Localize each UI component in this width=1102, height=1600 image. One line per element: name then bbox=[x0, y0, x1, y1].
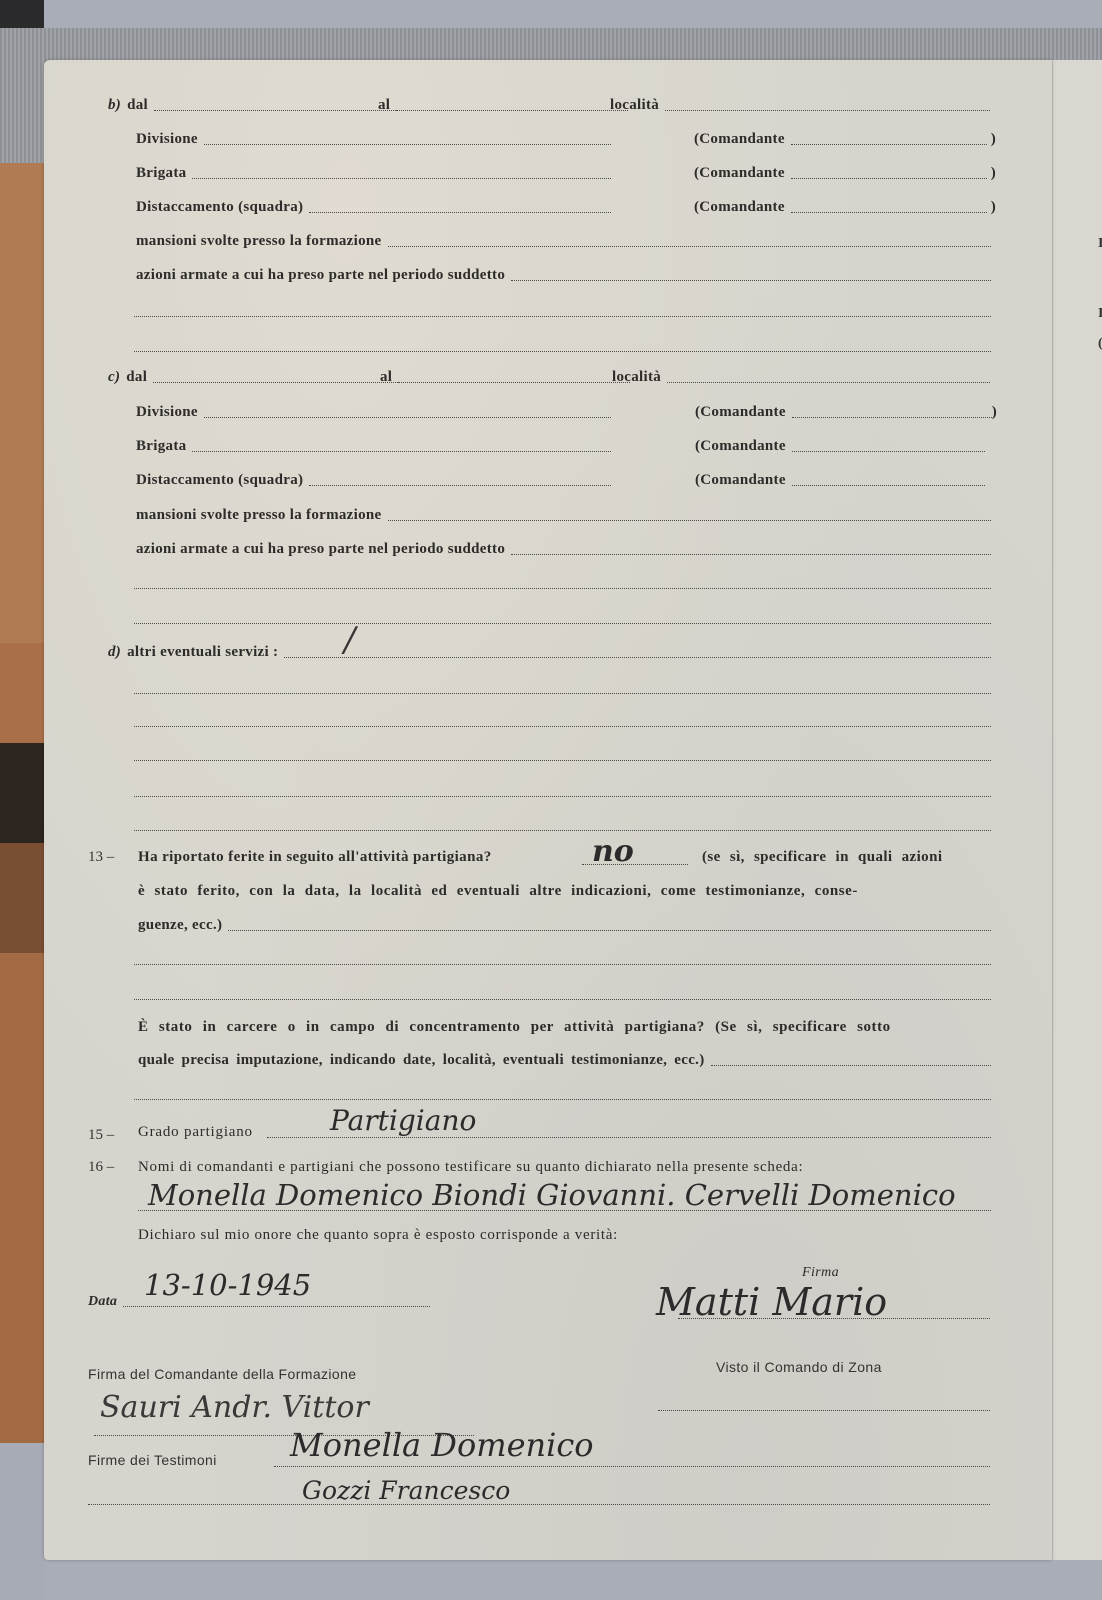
commander-label: (Comandante bbox=[694, 131, 791, 148]
witness-field-1[interactable] bbox=[274, 1466, 990, 1467]
b-brigade-field[interactable]: Brigata bbox=[136, 168, 611, 182]
c-division-field[interactable]: Divisione bbox=[136, 407, 611, 421]
brigade-label: Brigata bbox=[136, 165, 192, 182]
backdrop-book-spine bbox=[0, 953, 44, 1443]
backdrop-book-spine bbox=[0, 743, 44, 843]
from-label: dal bbox=[127, 97, 154, 114]
formation-commander-label: Firma del Comandante della Formazione bbox=[88, 1366, 356, 1382]
form-page: b) dal al località Divisione (Comandante… bbox=[44, 60, 1052, 1560]
b-division-field[interactable]: Divisione bbox=[136, 134, 611, 148]
q15-number: 15 – bbox=[88, 1127, 114, 1144]
q15-rank-value: Partigiano bbox=[330, 1104, 476, 1137]
zone-command-label: Visto il Comando di Zona bbox=[716, 1359, 882, 1375]
backdrop-book-spine bbox=[0, 163, 44, 643]
commander-label: (Comandante bbox=[695, 438, 792, 455]
c-duties-field[interactable]: mansioni svolte presso la formazione bbox=[136, 510, 991, 524]
from-label: dal bbox=[126, 369, 153, 386]
q13-question: Ha riportato ferite in seguito all'attiv… bbox=[138, 849, 492, 866]
b-duties-field[interactable]: mansioni svolte presso la formazione bbox=[136, 236, 991, 250]
witness-signature-1: Monella Domenico bbox=[290, 1426, 594, 1464]
b-locality-field[interactable]: località bbox=[610, 100, 990, 114]
q14-answer-field[interactable]: quale precisa imputazione, indicando dat… bbox=[138, 1055, 991, 1069]
q13-answer: no bbox=[592, 834, 634, 869]
adjacent-page: I I ( bbox=[1052, 60, 1102, 1560]
division-label: Divisione bbox=[136, 131, 204, 148]
formation-commander-signature: Sauri Andr. Vittor bbox=[100, 1390, 369, 1425]
section-c-marker: c) bbox=[108, 369, 126, 386]
b-detachment-field[interactable]: Distaccamento (squadra) bbox=[136, 202, 611, 216]
b-actions-line[interactable] bbox=[134, 316, 991, 317]
c-to-field[interactable]: al bbox=[380, 372, 630, 386]
b-to-field[interactable]: al bbox=[378, 100, 628, 114]
backdrop-book-spine bbox=[0, 843, 44, 953]
backdrop-dark-corner bbox=[0, 0, 44, 30]
b-actions-line[interactable] bbox=[134, 351, 991, 352]
commander-label: (Comandante bbox=[695, 472, 792, 489]
backdrop-book-spine bbox=[0, 1443, 44, 1600]
d-line[interactable] bbox=[134, 760, 991, 761]
commander-label: (Comandante bbox=[694, 199, 791, 216]
q14-question: È stato in carcere o in campo di concent… bbox=[138, 1019, 891, 1036]
q13-line[interactable] bbox=[134, 964, 991, 965]
q13-line[interactable] bbox=[134, 999, 991, 1000]
signature-value: Matti Mario bbox=[656, 1280, 887, 1324]
q16-question: Nomi di comandanti e partigiani che poss… bbox=[138, 1159, 803, 1176]
witness-signature-2: Gozzi Francesco bbox=[302, 1476, 510, 1505]
duties-label: mansioni svolte presso la formazione bbox=[136, 507, 388, 524]
q16-number: 16 – bbox=[88, 1159, 114, 1176]
duties-label: mansioni svolte presso la formazione bbox=[136, 233, 388, 250]
c-detachment-commander-field[interactable]: (Comandante bbox=[695, 475, 985, 489]
to-label: al bbox=[378, 97, 396, 114]
b-division-commander-field[interactable]: (Comandante ) bbox=[694, 134, 996, 148]
other-services-label: altri eventuali servizi : bbox=[127, 644, 284, 661]
d-line[interactable] bbox=[134, 830, 991, 831]
b-actions-field[interactable]: azioni armate a cui ha preso parte nel p… bbox=[136, 270, 991, 284]
q13-question-line2: è stato ferito, con la data, la località… bbox=[138, 883, 858, 900]
b-detachment-commander-field[interactable]: (Comandante ) bbox=[694, 202, 996, 216]
declaration: Dichiaro sul mio onore che quanto sopra … bbox=[138, 1227, 618, 1244]
c-detachment-field[interactable]: Distaccamento (squadra) bbox=[136, 475, 611, 489]
witness-field-2[interactable] bbox=[88, 1504, 990, 1505]
signature-label: Firma bbox=[802, 1265, 839, 1281]
c-actions-line[interactable] bbox=[134, 623, 991, 624]
d-line[interactable] bbox=[134, 726, 991, 727]
actions-label: azioni armate a cui ha preso parte nel p… bbox=[136, 267, 511, 284]
witnesses-label: Firme dei Testimoni bbox=[88, 1452, 217, 1468]
commander-label: (Comandante bbox=[694, 165, 791, 182]
q13-details-field[interactable]: guenze, ecc.) bbox=[138, 920, 991, 934]
c-locality-field[interactable]: località bbox=[612, 372, 990, 386]
q14-line[interactable] bbox=[134, 1099, 991, 1100]
d-other-services-field[interactable]: d) altri eventuali servizi : bbox=[108, 647, 991, 661]
q16-witnesses-value: Monella Domenico Biondi Giovanni. Cervel… bbox=[148, 1178, 956, 1212]
backdrop-book-spine bbox=[0, 643, 44, 743]
other-services-value: / bbox=[344, 620, 355, 660]
d-line[interactable] bbox=[134, 796, 991, 797]
date-label: Data bbox=[88, 1294, 123, 1310]
c-division-commander-field[interactable]: (Comandante ) bbox=[695, 407, 997, 421]
c-actions-line[interactable] bbox=[134, 588, 991, 589]
c-actions-field[interactable]: azioni armate a cui ha preso parte nel p… bbox=[136, 544, 991, 558]
to-label: al bbox=[380, 369, 398, 386]
detachment-label: Distaccamento (squadra) bbox=[136, 472, 309, 489]
section-b-marker: b) bbox=[108, 97, 127, 114]
commander-label: (Comandante bbox=[695, 404, 792, 421]
actions-label: azioni armate a cui ha preso parte nel p… bbox=[136, 541, 511, 558]
backdrop-ribbon bbox=[0, 28, 1102, 62]
brigade-label: Brigata bbox=[136, 438, 192, 455]
detachment-label: Distaccamento (squadra) bbox=[136, 199, 309, 216]
locality-label: località bbox=[612, 369, 667, 386]
section-d-marker: d) bbox=[108, 644, 127, 661]
d-line[interactable] bbox=[134, 693, 991, 694]
c-brigade-field[interactable]: Brigata bbox=[136, 441, 611, 455]
c-brigade-commander-field[interactable]: (Comandante bbox=[695, 441, 985, 455]
date-value: 13-10-1945 bbox=[144, 1268, 311, 1302]
q13-question-cont: (se sì, specificare in quali azioni bbox=[702, 849, 942, 866]
division-label: Divisione bbox=[136, 404, 204, 421]
locality-label: località bbox=[610, 97, 665, 114]
zone-command-field[interactable] bbox=[658, 1410, 990, 1411]
b-brigade-commander-field[interactable]: (Comandante ) bbox=[694, 168, 996, 182]
q13-number: 13 – bbox=[88, 849, 114, 866]
q15-rank-field[interactable]: Grado partigiano bbox=[138, 1127, 991, 1141]
backdrop-ribbon-left bbox=[0, 28, 44, 163]
